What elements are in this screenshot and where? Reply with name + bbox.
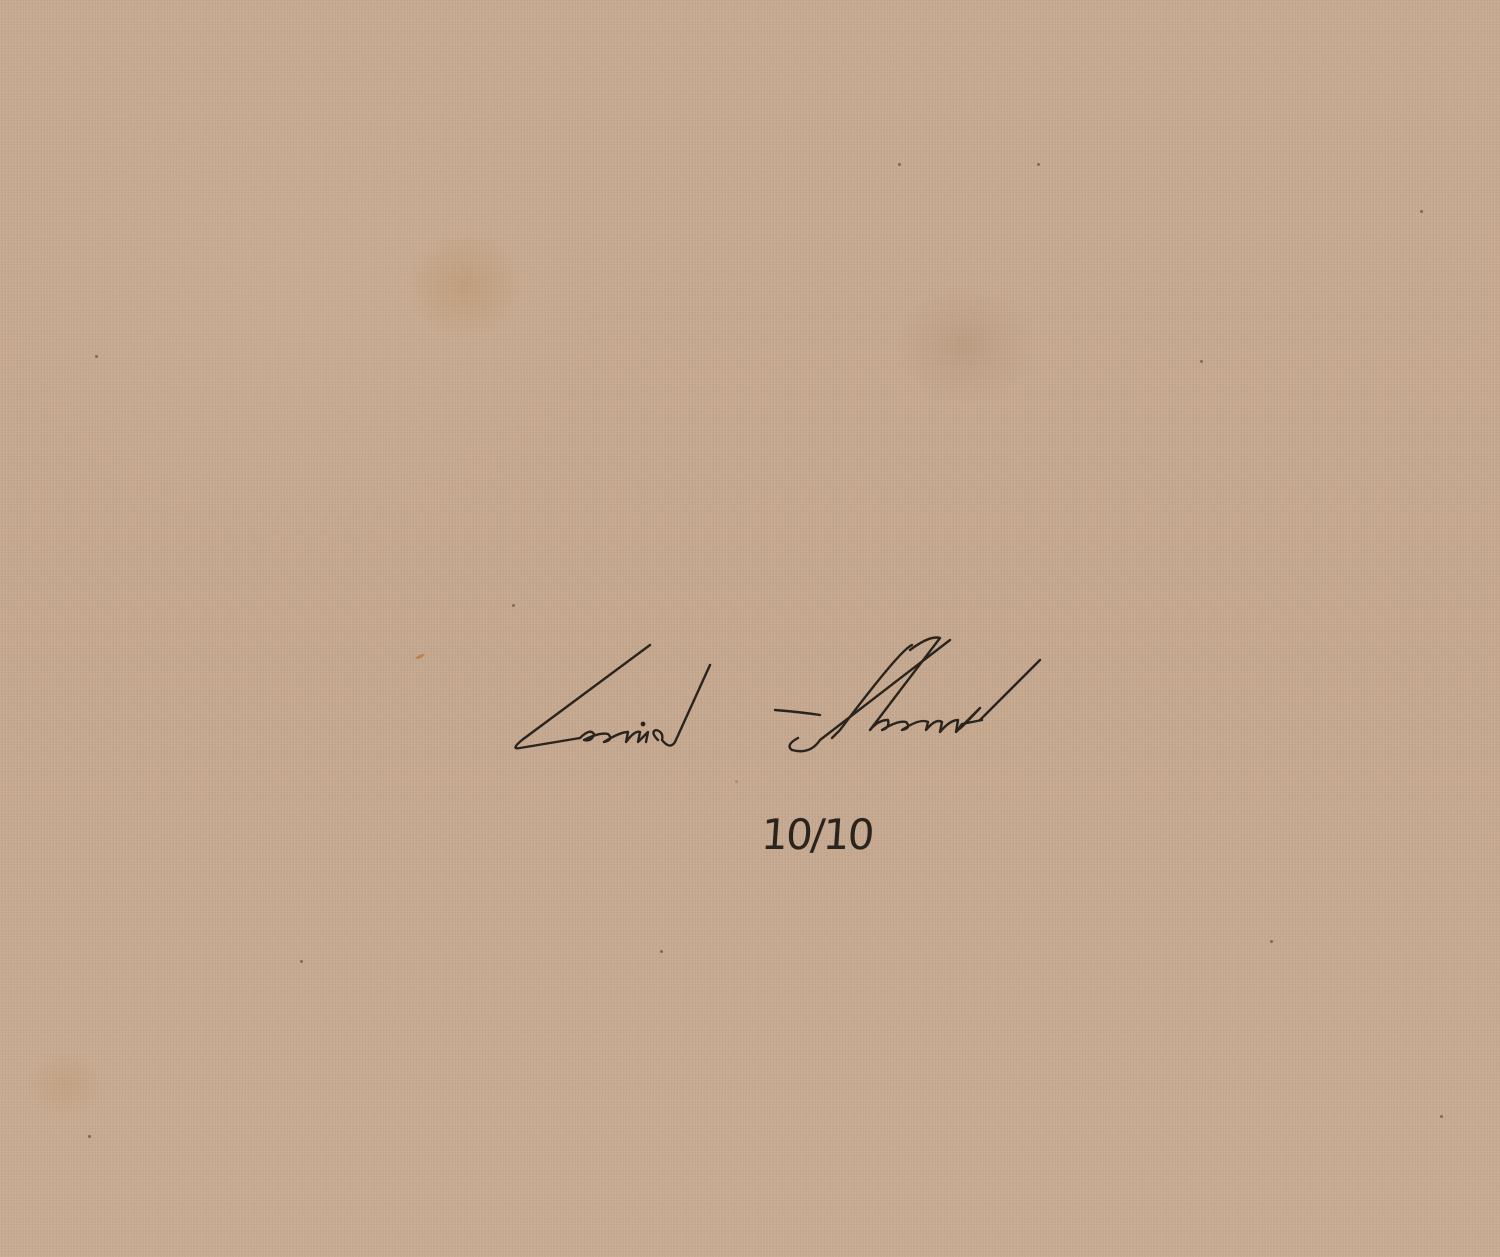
canvas-fleck <box>512 604 515 607</box>
canvas-fleck <box>660 950 663 953</box>
canvas-fleck <box>898 163 901 166</box>
canvas-fleck <box>1037 163 1040 166</box>
canvas-fleck <box>88 1135 91 1138</box>
canvas-fleck <box>1420 210 1423 213</box>
canvas-fleck <box>415 653 425 660</box>
canvas-fleck <box>300 960 303 963</box>
canvas-fleck <box>1200 360 1203 363</box>
artist-signature: Leonid Afremov <box>480 620 1360 800</box>
canvas-fleck <box>1440 1115 1443 1118</box>
canvas-fleck <box>1270 940 1273 943</box>
edition-number: 10/10 <box>757 810 903 900</box>
canvas-fleck <box>95 355 98 358</box>
signature-strokes <box>480 620 1360 800</box>
